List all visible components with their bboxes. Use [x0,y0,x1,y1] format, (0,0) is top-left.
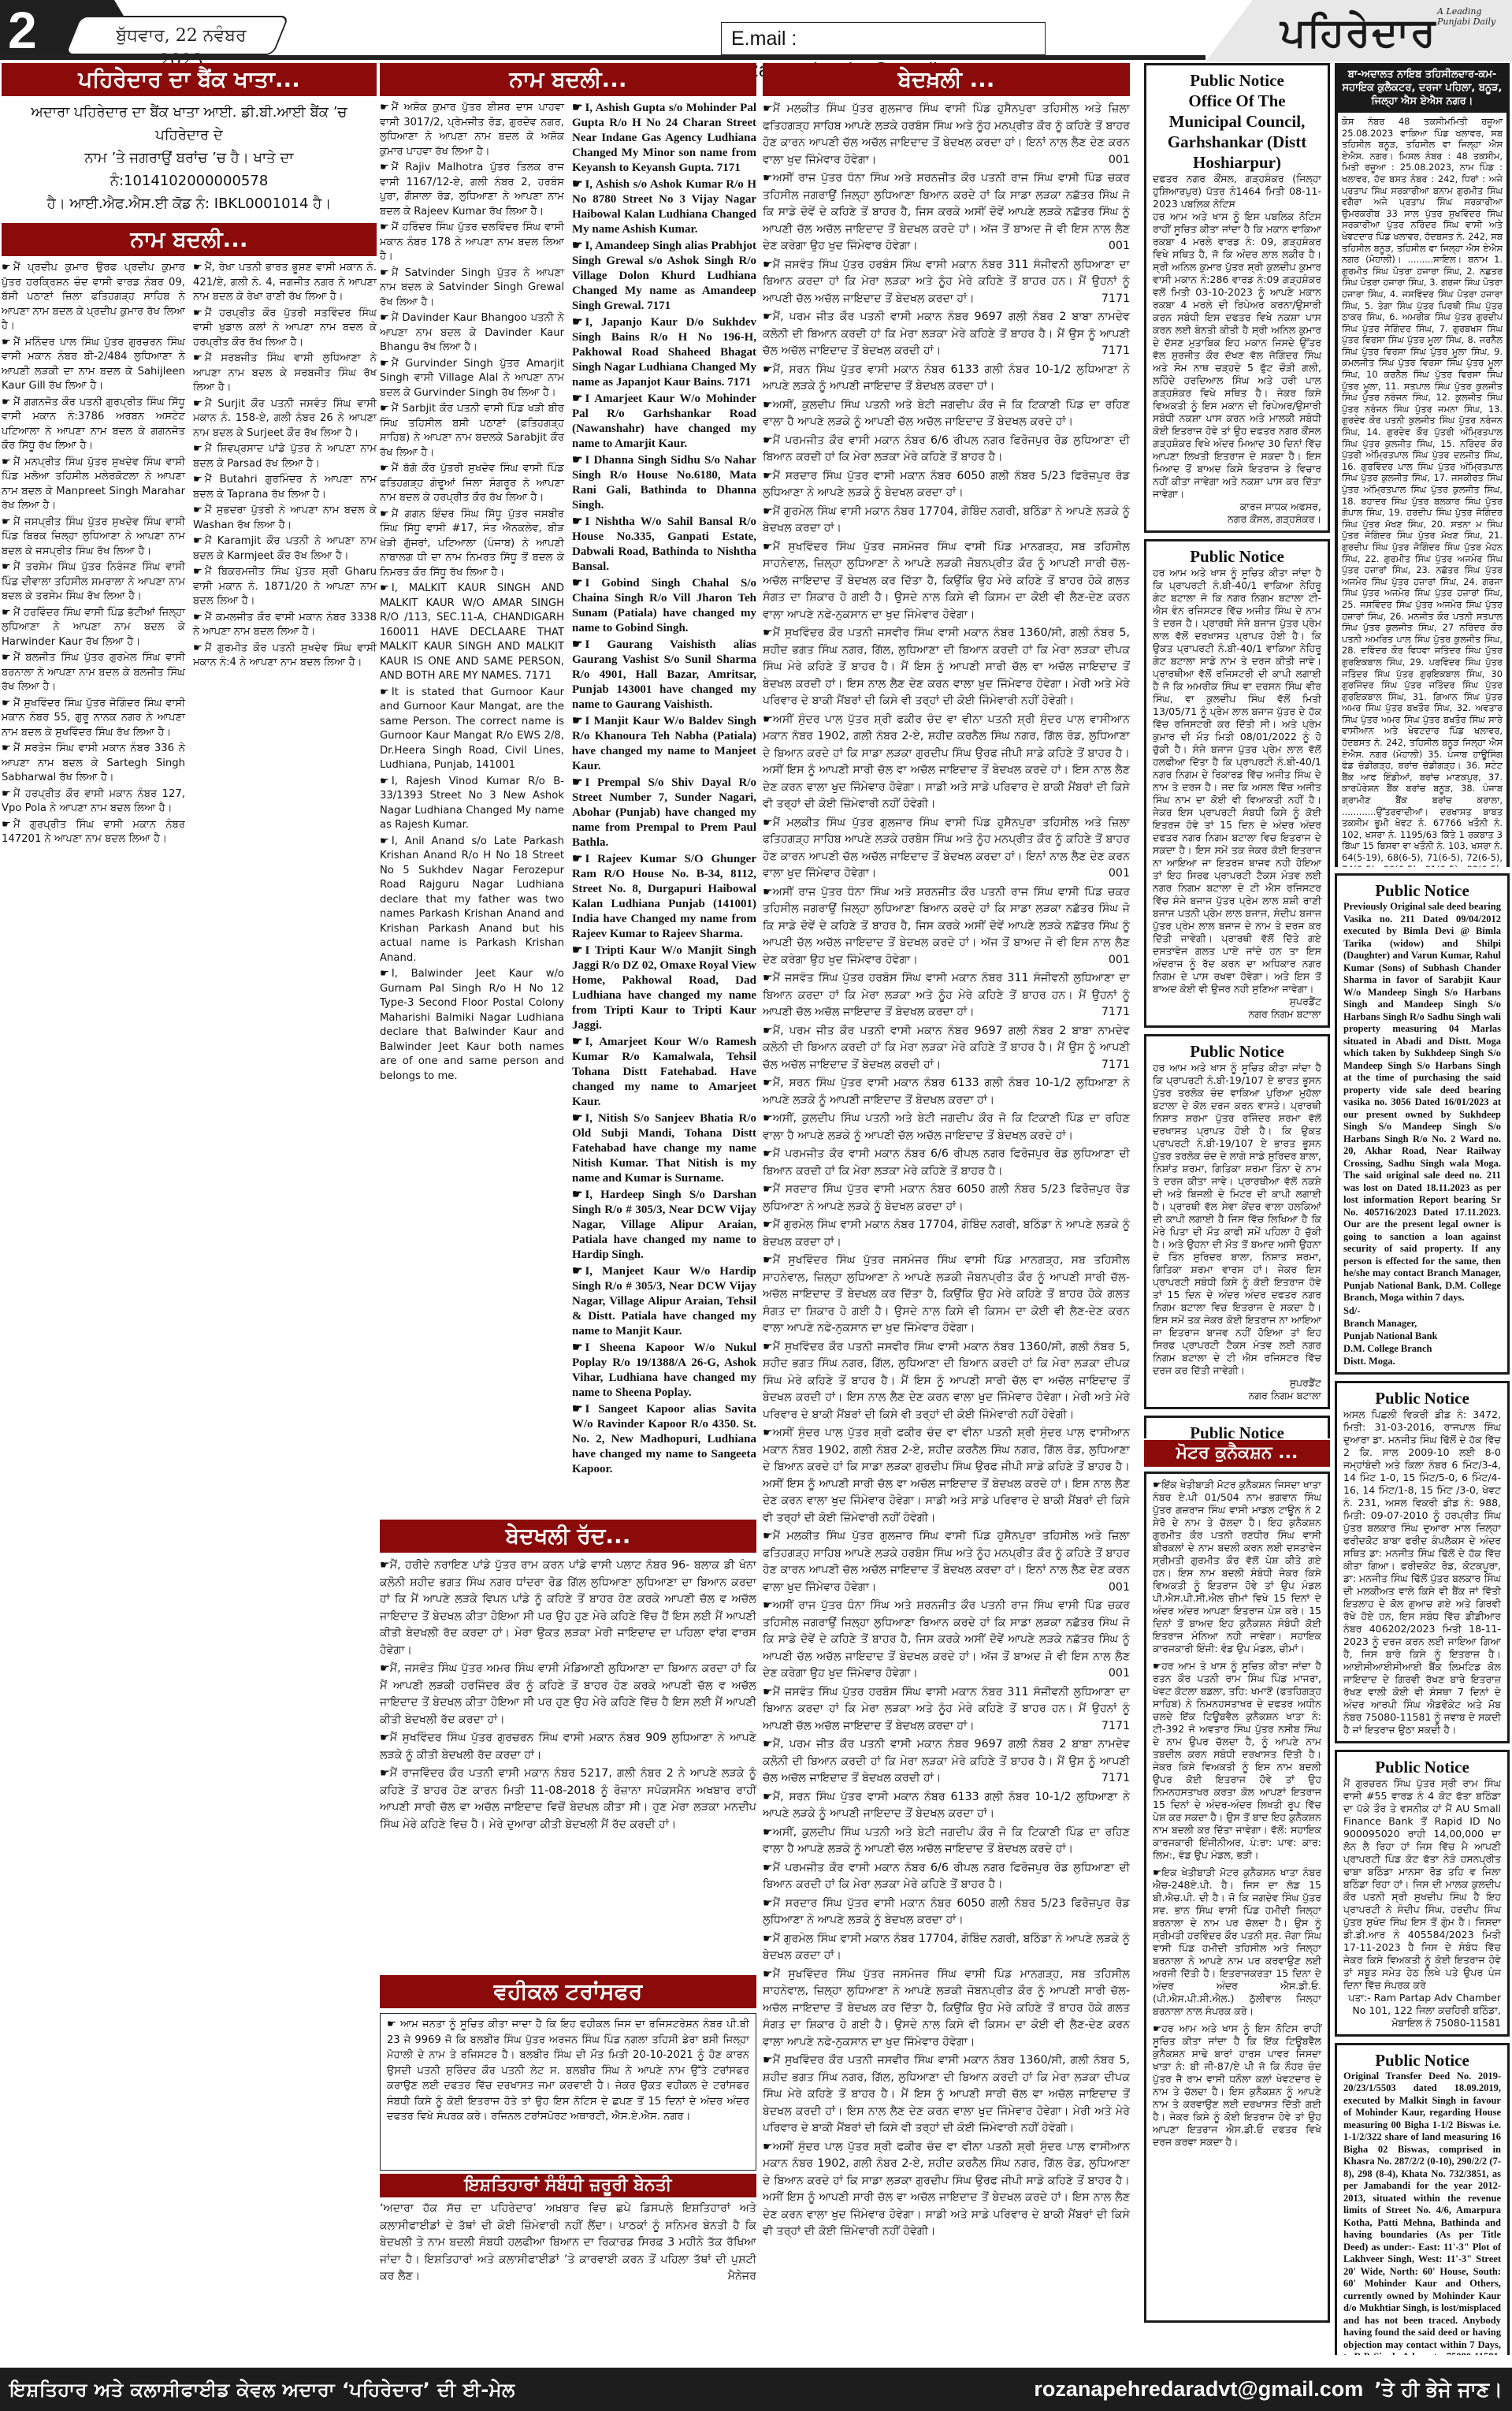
hand-pointer-icon: ☛ [763,505,773,518]
ad-code: 001 [1109,152,1130,169]
public-notice-box: Public NoticePreviously Original sale de… [1335,873,1510,1375]
notice-body: Previously Original sale deed bearing Va… [1343,901,1501,1304]
disinherit-item: ☛ਮੈਂ ਜਸਵੰਤ ਸਿੰਘ ਪੁੱਤਰ ਹਰਬੰਸ ਸਿੰਘ ਵਾਸੀ ਮਕ… [763,1684,1130,1736]
hand-pointer-icon: ☛ [572,1341,582,1354]
notice-body: ਹਰ ਆਮ ਅਤੇ ਖਾਸ ਨੂੰ ਇਸ ਪਬਲਿਕ ਨੋਟਿਸ ਰਾਹੀਂ ਸ… [1153,210,1321,500]
hand-pointer-icon: ☛ [2,396,11,408]
disinherit-item: ☛ਅਸੀਂ, ਕੁਲਦੀਪ ਸਿੰਘ ਪਤਨੀ ਅਤੇ ਬੇਟੀ ਜਗਦੀਪ ਕ… [763,1111,1130,1144]
list-item-text: I Nishtha W/o Sahil Bansal R/o House No.… [572,515,756,573]
list-item-text: ਮੈਂ Karamjit ਕੌਰ ਪਤਨੀ ਨੇ ਆਪਣਾ ਨਾਮ ਬਦਲ ਕੇ… [193,535,377,562]
list-item-text: ਮੈਂ ਬੱਗੋ ਕੌਰ ਪੁੱਤਰੀ ਸੁਖਦੇਵ ਸਿੰਘ ਵਾਸੀ ਪਿੰ… [380,463,564,504]
ad-code: 7171 [1101,1057,1130,1074]
disinherit-item: ☛ਮੈਂ ਜਸਵੰਤ ਸਿੰਘ ਪੁੱਤਰ ਹਰਬੰਸ ਸਿੰਘ ਵਾਸੀ ਮਕ… [763,257,1130,308]
name-change-listing-2: ☛ਮੈਂ ਅਸ਼ੋਕ ਕੁਮਾਰ ਪੁੱਤਰ ਈਸ਼ਰ ਦਾਸ ਪਾਹਵਾ ਵਾ… [380,101,756,1520]
hand-pointer-icon: ☛ [380,508,389,520]
court-notice-heading: ਬਾ-ਅਦਾਲਤ ਨਾਇਬ ਤਹਿਸੀਲਦਾਰ-ਕਮ-ਸਹਾਇਕ ਕੁਲੈਕਟਰ… [1338,66,1506,113]
list-item: ☛ਮੈਂ ਅਸ਼ੋਕ ਕੁਮਾਰ ਪੁੱਤਰ ਈਸ਼ਰ ਦਾਸ ਪਾਹਵਾ ਵਾ… [380,101,564,159]
hand-pointer-icon: ☛ [763,1686,773,1698]
list-item: ☛ਮੈਂ ਗਗਨਜੋਤ ਕੌਰ ਪਤਨੀ ਗੁਰਪ੍ਰੀਤ ਸਿੰਘ ਸਿੱਧੂ… [2,396,185,454]
disinherit-item: ☛ਅਸੀਂ ਸੁੰਦਰ ਪਾਲ ਪੁੱਤਰ ਸ਼੍ਰੀ ਫਕੀਰ ਚੰਦ ਵਾ … [763,1425,1130,1527]
hand-pointer-icon: ☛ [763,102,773,115]
list-item-text: I, Nitish S/o Sanjeev Bhatia R/o Old Sub… [572,1112,756,1185]
list-item: ☛ਮੈਂ Davinder Kaur Bhangoo ਪਤਨੀ ਨੇ ਆਪਣਾ … [380,311,564,355]
hand-pointer-icon: ☛ [193,262,202,273]
list-item: ☛I Dhanna Singh Sidhu S/o Nahar Singh R/… [572,453,756,513]
hand-pointer-icon: ☛ [763,1897,773,1910]
disinherit-item: ☛ਮੈਂ ਸੁਖਵਿੰਦਰ ਸਿੰਘ ਪੁੱਤਰ ਜਸਮੰਜਰ ਸਿੰਘ ਵਾਸ… [763,539,1130,624]
ad-code: 7171 [1101,1004,1130,1021]
hand-pointer-icon: ☛ [763,1791,773,1803]
disinherit-text: ਮੈਂ ਸੁਖਵਿੰਦਰ ਸਿੰਘ ਪੁੱਤਰ ਜਸਮੰਜਰ ਸਿੰਘ ਵਾਸੀ… [763,541,1130,621]
hand-pointer-icon: ☛ [572,577,582,590]
list-item: ☛ਮੈਂ ਬੱਗੋ ਕੌਰ ਪੁੱਤਰੀ ਸੁਖਦੇਵ ਸਿੰਘ ਵਾਸੀ ਪਿ… [380,462,564,506]
list-item-text: I Tripti Kaur W/o Manjit Singh Jaggi R/o… [572,944,756,1032]
contact-email[interactable]: E.mail : rozanapehredar@gmail.com [721,22,1046,55]
disinherit-item: ☛ਅਸੀਂ ਸੁੰਦਰ ਪਾਲ ਪੁੱਤਰ ਸ਼੍ਰੀ ਫਕੀਰ ਚੰਦ ਵਾ … [763,2139,1130,2241]
list-item: ☛ਮੈਂ Sarbjit ਕੌਰ ਪਤਨੀ ਵਾਸੀ ਪਿੰਡ ਖੜੀ ਬੀਰ … [380,402,564,460]
bank-line-3: ਹੈ। ਆਈ.ਐਫ.ਐਸ.ਈ ਕੋਡ ਨੰ: IBKL0001014 ਹੈ। [5,192,373,215]
hand-pointer-icon: ☛ [380,1662,390,1675]
disinherit-text: ਮੈਂ ਸਰਦਾਰ ਸਿੰਘ ਪੁੱਤਰ ਵਾਸੀ ਮਕਾਨ ਨੰਬਰ 6050… [763,1183,1130,1213]
court-notice: ਬਾ-ਅਦਾਲਤ ਨਾਇਬ ਤਹਿਸੀਲਦਾਰ-ਕਮ-ਸਹਾਇਕ ਕੁਲੈਕਟਰ… [1335,63,1510,867]
ad-code: 001 [1109,1665,1130,1683]
hand-pointer-icon: ☛ [380,162,389,173]
disinherit-text: ਮੈਂ, ਸਰਨ ਸਿੰਘ ਪੁੱਤਰ ਵਾਸੀ ਮਕਾਨ ਨੰਬਰ 6133 … [763,363,1130,393]
motor-connection-heading: ਮੋਟਰ ਕੁਨੈਕਸ਼ਨ ... [1144,1440,1330,1467]
disinherit-item: ☛ਮੈਂ ਸਰਦਾਰ ਸਿੰਘ ਪੁੱਤਰ ਵਾਸੀ ਮਕਾਨ ਨੰਬਰ 605… [763,1181,1130,1215]
disinherit-item: ☛ਮੈਂ ਪਰਮਜੀਤ ਕੌਰ ਵਾਸੀ ਮਕਾਨ ਨੰਬਰ 6/6 ਰੀਪਲ … [763,433,1130,467]
disinherit-text: ਮੈਂ ਗੁਰਮੇਲ ਸਿੰਘ ਵਾਸੀ ਮਕਾਨ ਨੰਬਰ 17704, ਗੋ… [763,505,1130,535]
public-notice-box: Public Notice Office Of The Municipal Co… [1144,63,1330,533]
vehicle-transfer-notice: ☛ ਆਮ ਜਨਤਾ ਨੂੰ ਸੂਚਿਤ ਕੀਤਾ ਜਾਦਾ ਹੈ ਕਿ ਇਹ ਵ… [380,2013,756,2171]
public-notice-box: Public NoticeOriginal Transfer Deed No. … [1335,2043,1510,2356]
hand-pointer-icon: ☛ [380,463,389,474]
disinherit-item: ☛ਮੈਂ, ਪਰਮ ਜੀਤ ਕੌਰ ਪਤਨੀ ਵਾਸੀ ਮਕਾਨ ਨੰਬਰ 96… [763,1736,1130,1788]
hand-pointer-icon: ☛ [572,944,582,957]
list-item: ☛ਮੈਂ Butahri ਗੁਰਮਿੰਦਰ ਨੇ ਆਪਣਾ ਨਾਮ ਬਦਲ ਕੇ… [193,473,377,502]
hand-pointer-icon: ☛ [763,1077,773,1089]
hand-pointer-icon: ☛ [387,2018,400,2030]
list-item-text: I, Hardeep Singh S/o Darshan Singh R/o #… [572,1189,756,1261]
list-item-text: ਮੈਂ ਸੁਖਵਿੰਦਰ ਸਿੰਘ ਪੁੱਤਰ ਗੁਰਚਰਨ ਸਿੰਘ ਵਾਸੀ… [380,1732,756,1762]
list-item: ☛I, Nitish S/o Sanjeev Bhatia R/o Old Su… [572,1111,756,1186]
hand-pointer-icon: ☛ [572,1403,582,1416]
hand-pointer-icon: ☛ [2,742,11,754]
list-item-text: ਮੈਂ Davinder Kaur Bhangoo ਪਤਨੀ ਨੇ ਆਪਣਾ ਨ… [380,312,564,353]
hand-pointer-icon: ☛ [2,652,11,664]
disinherit-text: ਮੈਂ ਪਰਮਜੀਤ ਕੌਰ ਵਾਸੀ ਮਕਾਨ ਨੰਬਰ 6/6 ਰੀਪਲ ਨ… [763,434,1130,464]
disinherit-heading: ਬੇਦਖ਼ਲੀ ... [763,63,1130,96]
disinherit-text: ਮੈਂ ਸੁਖਵਿੰਦਰ ਕੌਰ ਪਤਨੀ ਜਸਵੀਰ ਸਿੰਘ ਵਾਸੀ ਮਕ… [763,1341,1130,1421]
disinherit-item: ☛ਮੈਂ ਸੁਖਵਿੰਦਰ ਸਿੰਘ ਪੁੱਤਰ ਜਸਮੰਜਰ ਸਿੰਘ ਵਾਸ… [763,1966,1130,2052]
notice-title: Public Notice [1343,1757,1501,1777]
list-item: ☛I, Ashish Gupta s/o Mohinder Pal Gupta … [572,101,756,176]
list-item: ☛I, Amandeep Singh alias Prabhjot Singh … [572,239,756,314]
notice-signature: Sd/- Branch Manager, Punjab National Ban… [1343,1304,1501,1367]
list-item: ☛ਮੈਂ ਬਿਕਰਮਜੀਤ ਸਿੰਘ ਪੁੱਤਰ ਸ਼੍ਰੀ Gharu ਵਾਸ… [193,565,377,609]
list-item: ☛ਮੈਂ ਗਗਨ ਇੰਦਰ ਸਿੰਘ ਸਿੱਧੂ ਪੁੱਤਰ ਜਸਬੀਰ ਸਿੰ… [380,508,564,581]
list-item: ☛ਮੈਂ ਸਰਤੇਜ ਸਿੰਘ ਵਾਸੀ ਮਕਾਨ ਨੰਬਰ 336 ਨੇ ਆਪ… [2,742,185,786]
hand-pointer-icon: ☛ [763,541,773,553]
list-item-text: ਮੈਂ ਸਰਤੇਜ ਸਿੰਘ ਵਾਸੀ ਮਕਾਨ ਨੰਬਰ 336 ਨੇ ਆਪਣ… [2,742,185,783]
footer-email-line: rozanapehredaradvt@gmail.com’ਤੇ ਹੀ ਭੇਜੇ … [1034,2377,1503,2402]
list-item-text: ਹਰ ਆਮ ਅਤੇ ਖਾਸ ਨੂੰ ਇਸ ਨੋਟਿਸ ਰਾਹੀਂ ਸੂਚਿਤ ਕ… [1153,2022,1321,2148]
disinherit-item: ☛ਮੈਂ ਮਲਕੀਤ ਸਿੰਘ ਪੁੱਤਰ ਗੁਲਜਾਰ ਸਿੰਘ ਵਾਸੀ ਪ… [763,815,1130,883]
list-item-text: I Amarjeet Kaur W/o Mohinder Pal R/o Gar… [572,393,756,450]
disinherit-text: ਮੈਂ, ਸਰਨ ਸਿੰਘ ਪੁੱਤਰ ਵਾਸੀ ਮਕਾਨ ਨੰਬਰ 6133 … [763,1791,1130,1821]
disinherit-text: ਮੈਂ ਜਸਵੰਤ ਸਿੰਘ ਪੁੱਤਰ ਹਰਬੰਸ ਸਿੰਘ ਵਾਸੀ ਮਕਾ… [763,259,1130,305]
hand-pointer-icon: ☛ [2,262,11,273]
list-item: ☛ਇਕ ਖੇਤੀਬਾੜੀ ਮੋਟਰ ਕੁਨੈਕਸਨ ਖਾਤਾ ਨੰਬਰ ਐਚ-2… [1153,1866,1321,2018]
list-item: ☛I, Balwinder Jeet Kaur w/o Gurnam Pal S… [380,967,564,1084]
hand-pointer-icon: ☛ [572,316,582,329]
disinherit-item: ☛ਮੈਂ ਪਰਮਜੀਤ ਕੌਰ ਵਾਸੀ ਮਕਾਨ ਨੰਬਰ 6/6 ਰੀਪਲ … [763,1146,1130,1180]
hand-pointer-icon: ☛ [763,311,773,323]
disinherit-text: ਅਸੀਂ ਰਾਜ ਪੁੱਤਰ ਧੰਨਾ ਸਿੰਘ ਅਤੇ ਸ਼ਰਨਜੀਤ ਕੌਰ… [763,1599,1130,1680]
public-notices-stack-b: Public NoticePreviously Original sale de… [1335,873,1510,2355]
list-item-text: ਮੈਂ Rajiv Malhotra ਪੁੱਤਰ ਤਿਲਕ ਰਾਜ ਵਾਸੀ 1… [380,162,564,218]
hand-pointer-icon: ☛ [380,686,389,698]
name-change-listing: ☛ਮੈਂ ਪ੍ਰਦੀਪ ਕੁਮਾਰ ਉਰਫ ਪ੍ਰਦੀਪ ਕੁਮਾਰ ਪੁੱਤਰ… [2,261,377,849]
list-item: ☛ਹਰ ਆਮ ਅਤੇ ਖਾਸ ਨੂੰ ਇਸ ਨੋਟਿਸ ਰਾਹੀਂ ਸੂਚਿਤ … [1153,2022,1321,2149]
hand-pointer-icon: ☛ [380,312,389,324]
disinherit-text: ਮੈਂ ਗੁਰਮੇਲ ਸਿੰਘ ਵਾਸੀ ਮਕਾਨ ਨੰਬਰ 17704, ਗੋ… [763,1219,1130,1248]
vehicle-transfer-heading: ਵਹੀਕਲ ਟਰਾਂਸਫਰ [380,1975,756,2008]
name-change-subcolumn-a: ☛ਮੈਂ ਪ੍ਰਦੀਪ ਕੁਮਾਰ ਉਰਫ ਪ੍ਰਦੀਪ ਕੁਮਾਰ ਪੁੱਤਰ… [2,261,185,849]
hand-pointer-icon: ☛ [572,715,582,727]
list-item: ☛ਮੈਂ ਰਾਜਵਿੰਦਰ ਕੌਰ ਪਤਨੀ ਵਾਸੀ ਮਕਾਨ ਨੰਬਰ 52… [380,1765,756,1833]
list-item-text: ਮੈਂ ਕਮਲਜੀਤ ਕੌਰ ਵਾਸੀ ਮਕਾਨ ਨੰਬਰ 3338 ਨੇ ਆਪ… [193,612,377,638]
list-item-text: It is stated that Gurnoor Kaur and Gurno… [380,686,564,772]
hand-pointer-icon: ☛ [380,968,389,980]
disinherit-item: ☛ਅਸੀਂ ਰਾਜ ਪੁੱਤਰ ਧੰਨਾ ਸਿੰਘ ਅਤੇ ਸ਼ਰਨਜੀਤ ਕੌ… [763,1598,1130,1683]
notice-body: ਮੈਂ ਗੁਰਚਰਨ ਸਿੰਘ ਪੁੱਤਰ ਸ੍ਰੀ ਰਾਮ ਸਿੰਘ ਵਾਸੀ… [1343,1777,1501,1992]
list-item-text: ਮੈਂ ਸ਼ਿਵਪ੍ਰਸਾਦ ਪਾਂਡੇ ਪੁੱਤਰ ਨੇ ਆਪਣਾ ਨਾਮ ਬ… [193,443,377,470]
disinherit-text: ਅਸੀਂ ਸੁੰਦਰ ਪਾਲ ਪੁੱਤਰ ਸ਼੍ਰੀ ਫਕੀਰ ਚੰਦ ਵਾ ਵ… [763,2141,1130,2238]
hand-pointer-icon: ☛ [763,1025,773,1037]
list-item: ☛ਮੈਂ ਪ੍ਰਦੀਪ ਕੁਮਾਰ ਉਰਫ ਪ੍ਰਦੀਪ ਕੁਮਾਰ ਪੁੱਤਰ… [2,261,185,334]
hand-pointer-icon: ☛ [380,221,389,233]
list-item-text: ਮੈਂ ਗੁਰਮੀਤ ਕੌਰ ਪਤਨੀ ਸੁਖਦੇਵ ਸਿੰਘ ਵਾਸੀ ਮਕਾ… [193,642,377,669]
hand-pointer-icon: ☛ [763,172,773,184]
notice-body: ਹਰ ਆਮ ਅਤੇ ਖਾਸ ਨੂੰ ਸੂਚਿਤ ਕੀਤਾ ਜਾਂਦਾ ਹੈ ਕਿ… [1153,1062,1321,1377]
notice-signature: ਪਤਾ:- Ram Partap Adv Chamber No 101, 122… [1343,1992,1501,2030]
ad-code: 001 [1109,865,1130,883]
bank-line-1: ਅਦਾਰਾ ਪਹਿਰੇਦਾਰ ਦਾ ਬੈਂਕ ਖਾਤਾ ਆਈ. ਡੀ.ਬੀ.ਆਈ… [5,101,373,147]
list-item-text: I Manjit Kaur W/o Baldev Singh R/o Khano… [572,715,756,772]
disinherit-item: ☛ਮੈਂ ਗੁਰਮੇਲ ਸਿੰਘ ਵਾਸੀ ਮਕਾਨ ਨੰਬਰ 17704, ਗ… [763,1931,1130,1965]
motor-connection-box: ☛ਇੱਕ ਖੇਤੀਬਾੜੀ ਮੋਟਰ ਕੁਨੈਕਸ਼ਨ ਜਿਸਦਾ ਖਾਤਾ ਨ… [1144,1472,1330,2323]
hand-pointer-icon: ☛ [193,535,202,547]
hand-pointer-icon: ☛ [572,776,582,789]
list-item: ☛I Rajeev Kumar S/O Ghunger Ram R/O Hous… [572,852,756,942]
hand-pointer-icon: ☛ [763,1933,773,1945]
ad-request-signature: ਮੈਨੇਜਰ [728,2268,756,2286]
disinherit-item: ☛ਮੈਂ ਪਰਮਜੀਤ ਕੌਰ ਵਾਸੀ ਮਕਾਨ ਨੰਬਰ 6/6 ਰੀਪਲ … [763,1860,1130,1894]
hand-pointer-icon: ☛ [763,627,773,639]
list-item-text: I Dhanna Singh Sidhu S/o Nahar Singh R/o… [572,454,756,512]
hand-pointer-icon: ☛ [193,398,202,410]
hand-pointer-icon: ☛ [572,178,582,191]
hand-pointer-icon: ☛ [2,607,11,619]
list-item-text: I, Anil Anand s/o Late Parkash Krishan A… [380,835,564,964]
notice-reference: ਦਫਤਰ ਨਗਰ ਕੌਂਸਲ, ਗੜ੍ਹਸ਼ੰਕਰ (ਜਿਲ੍ਹਾ ਹੁਸ਼ਿਆ… [1153,173,1321,210]
notice-title: Public Notice Office Of The Municipal Co… [1153,70,1321,173]
disinherit-text: ਮੈਂ ਪਰਮਜੀਤ ਕੌਰ ਵਾਸੀ ਮਕਾਨ ਨੰਬਰ 6/6 ਰੀਪਲ ਨ… [763,1148,1130,1178]
hand-pointer-icon: ☛ [2,337,11,348]
newspaper-logo: ਪਹਿਰੇਦਾਰ [1280,6,1436,58]
hand-pointer-icon: ☛ [763,1862,773,1874]
hand-pointer-icon: ☛ [380,1559,390,1572]
notice-body: ਅਸਲ ਪਿਛਲੀ ਵਿਕਰੀ ਡੀਡ ਨੰ: 3472, ਮਿਤੀ: 31-0… [1343,1408,1501,1736]
column-public-notices-b: ਬਾ-ਅਦਾਲਤ ਨਾਇਬ ਤਹਿਸੀਲਦਾਰ-ਕਮ-ਸਹਾਇਕ ਕੁਲੈਕਟਰ… [1335,63,1510,2355]
list-item: ☛ਮੈਂ Rajiv Malhotra ਪੁੱਤਰ ਤਿਲਕ ਰਾਜ ਵਾਸੀ … [380,161,564,219]
hand-pointer-icon: ☛ [2,819,11,831]
hand-pointer-icon: ☛ [763,1530,773,1542]
list-item: ☛ਮੈਂ ਮਨਪ੍ਰੀਤ ਸਿੰਘ ਪੁੱਤਰ ਸੁਖਦੇਵ ਸਿੰਘ ਵਾਸੀ… [2,456,185,514]
list-item-text: ਮੈਂ ਮਨਪ੍ਰੀਤ ਸਿੰਘ ਪੁੱਤਰ ਸੁਖਦੇਵ ਸਿੰਘ ਵਾਸੀ … [2,456,185,512]
hand-pointer-icon: ☛ [2,561,11,573]
hand-pointer-icon: ☛ [763,1219,773,1231]
disinherit-text: ਅਸੀਂ ਸੁੰਦਰ ਪਾਲ ਪੁੱਤਰ ਸ਼੍ਰੀ ਫਕੀਰ ਚੰਦ ਵਾ ਵ… [763,1427,1130,1524]
disinherit-item: ☛ਮੈਂ ਸੁਖਵਿੰਦਰ ਸਿੰਘ ਪੁੱਤਰ ਜਸਮੰਜਰ ਸਿੰਘ ਵਾਸ… [763,1252,1130,1338]
list-item-text: I, MALKIT KAUR SINGH AND MALKIT KAUR W/O… [380,582,564,682]
list-item-text: ਮੈਂ ਸੁਖਵਿੰਦਰ ਸਿੰਘ ਪੁੱਤਰ ਜੋਗਿੰਦਰ ਸਿੰਘ ਵਾਸ… [2,698,185,739]
public-notice-box: Public Noticeਹਰ ਆਮ ਅਤੇ ਖਾਸ ਨੂੰ ਸੂਚਿਤ ਕੀਤ… [1144,539,1330,1028]
list-item-text: ਮੈਂ ਰਾਜਵਿੰਦਰ ਕੌਰ ਪਤਨੀ ਵਾਸੀ ਮਕਾਨ ਨੰਬਰ 521… [380,1767,756,1831]
hand-pointer-icon: ☛ [763,817,773,829]
list-item-text: ਮੈਂ ਬਲਜੀਤ ਸਿੰਘ ਪੁੱਤਰ ਗੁਰਮੇਲ ਸਿੰਘ ਵਾਸੀ ਬਰ… [2,652,185,693]
disinherit-item: ☛ਮੈਂ ਗੁਰਮੇਲ ਸਿੰਘ ਵਾਸੀ ਮਕਾਨ ਨੰਬਰ 17704, ਗ… [763,1217,1130,1251]
ad-code: 7171 [1101,343,1130,360]
ad-code: 001 [1109,238,1130,255]
disinherit-text: ਅਸੀਂ ਰਾਜ ਪੁੱਤਰ ਧੰਨਾ ਸਿੰਘ ਅਤੇ ਸ਼ਰਨਜੀਤ ਕੌਰ… [763,886,1130,966]
disinherit-text: ਮੈਂ ਮਲਕੀਤ ਸਿੰਘ ਪੁੱਤਰ ਗੁਲਜਾਰ ਸਿੰਘ ਵਾਸੀ ਪਿ… [763,1530,1130,1594]
disinherit-item: ☛ਮੈਂ, ਪਰਮ ਜੀਤ ਕੌਰ ਪਤਨੀ ਵਾਸੀ ਮਕਾਨ ਨੰਬਰ 96… [763,1023,1130,1074]
list-item: ☛I Tripti Kaur W/o Manjit Singh Jaggi R/… [572,943,756,1033]
hand-pointer-icon: ☛ [763,434,773,447]
hand-pointer-icon: ☛ [763,972,773,984]
list-item-text: ਮੈਂ Butahri ਗੁਰਮਿੰਦਰ ਨੇ ਆਪਣਾ ਨਾਮ ਬਦਲ ਕੇ … [193,474,377,500]
hand-pointer-icon: ☛ [1153,2022,1161,2034]
disinherit-item: ☛ਮੈਂ ਸਰਦਾਰ ਸਿੰਘ ਪੁੱਤਰ ਵਾਸੀ ਮਕਾਨ ਨੰਬਰ 605… [763,1896,1130,1929]
list-item: ☛I Sangeet Kapoor alias Savita W/o Ravin… [572,1402,756,1477]
list-item-text: ਮੈਂ ਗੁਰਪ੍ਰੀਤ ਸਿੰਘ ਵਾਸੀ ਮਕਾਨ ਨੰਬਰ 147201 … [2,819,185,846]
list-item-text: I, Ashish Gupta s/o Mohinder Pal Gupta R… [572,102,756,174]
hand-pointer-icon: ☛ [763,1826,773,1839]
hand-pointer-icon: ☛ [763,713,773,726]
hand-pointer-icon: ☛ [763,2054,773,2067]
list-item: ☛ਮੈਂ Gurvinder Singh ਪੁੱਤਰ Amarjit Singh… [380,357,564,401]
masthead-rule [0,55,1206,60]
disinherit-text: ਅਸੀਂ ਰਾਜ ਪੁੱਤਰ ਧੰਨਾ ਸਿੰਘ ਅਤੇ ਸ਼ਰਨਜੀਤ ਕੌਰ… [763,172,1130,252]
list-item: ☛I Nishtha W/o Sahil Bansal R/o House No… [572,515,756,575]
hand-pointer-icon: ☛ [380,358,389,370]
hand-pointer-icon: ☛ [763,1254,773,1267]
list-item: ☛ਮੈਂ ਬਲਜੀਤ ਸਿੰਘ ਪੁੱਤਰ ਗੁਰਮੇਲ ਸਿੰਘ ਵਾਸੀ ਬ… [2,651,185,695]
hand-pointer-icon: ☛ [2,456,11,468]
list-item: ☛ਮੈਂ ਹਰਪ੍ਰੀਤ ਕੌਰ ਵਾਸੀ ਮਕਾਨ ਨੰਬਰ 127, Vpo… [2,787,185,817]
disinherit-text: ਅਸੀਂ ਸੁੰਦਰ ਪਾਲ ਪੁੱਤਰ ਸ਼੍ਰੀ ਫਕੀਰ ਚੰਦ ਵਾ ਵ… [763,713,1130,811]
list-item: ☛I, Japanjo Kaur D/o Sukhdev Singh Bains… [572,315,756,390]
disinherit-text: ਮੈਂ ਜਸਵੰਤ ਸਿੰਘ ਪੁੱਤਰ ਹਰਬੰਸ ਸਿੰਘ ਵਾਸੀ ਮਕਾ… [763,1686,1130,1732]
list-item: ☛I, Anil Anand s/o Late Parkash Krishan … [380,835,564,966]
bank-account-heading: ਪਹਿਰੇਦਾਰ ਦਾ ਬੈਂਕ ਖਾਤਾ... [2,63,377,96]
logo-tagline: A Leading Punjabi Daily [1437,6,1512,27]
list-item: ☛ਮੈਂ ਜਸਪ੍ਰੀਤ ਸਿੰਘ ਪੁੱਤਰ ਸੁਖਦੇਵ ਸਿੰਘ ਵਾਸੀ… [2,515,185,560]
list-item-text: ਇੱਕ ਖੇਤੀਬਾੜੀ ਮੋਟਰ ਕੁਨੈਕਸ਼ਨ ਜਿਸਦਾ ਖਾਤਾ ਨੰ… [1153,1479,1321,1654]
list-item-text: I, Ashish s/o Ashok Kumar R/o H No 8780 … [572,178,756,236]
list-item-text: I, Rajesh Vinod Kumar R/o B-33/1393 Stre… [380,776,564,832]
disinherit-item: ☛ਮੈਂ ਸੁਖਵਿੰਦਰ ਕੌਰ ਪਤਨੀ ਜਸਵੀਰ ਸਿੰਘ ਵਾਸੀ ਮ… [763,1339,1130,1424]
hand-pointer-icon: ☛ [380,835,389,847]
hand-pointer-icon: ☛ [572,515,582,528]
hand-pointer-icon: ☛ [763,2141,773,2153]
column-public-notices-a: Public Notice Office Of The Municipal Co… [1144,63,1330,2329]
disinherit-text: ਮੈਂ ਸੁਖਵਿੰਦਰ ਸਿੰਘ ਪੁੱਤਰ ਜਸਮੰਜਰ ਸਿੰਘ ਵਾਸੀ… [763,1254,1130,1334]
disinherit-item: ☛ਅਸੀਂ ਸੁੰਦਰ ਪਾਲ ਪੁੱਤਰ ਸ਼੍ਰੀ ਫਕੀਰ ਚੰਦ ਵਾ … [763,712,1130,813]
disinherit-text: ਮੈਂ ਸਰਦਾਰ ਸਿੰਘ ਪੁੱਤਰ ਵਾਸੀ ਮਕਾਨ ਨੰਬਰ 6050… [763,1897,1130,1927]
list-item-text: ਮੈਂ Gurvinder Singh ਪੁੱਤਰ Amarjit Singh … [380,358,564,399]
hand-pointer-icon: ☛ [572,853,582,865]
list-item: ☛ਹਰ ਆਮ ਤੇ ਖਾਸ ਨੂੰ ਸੂਚਿਤ ਕੀਤਾ ਜਾਂਦਾ ਹੈ ਰਤ… [1153,1660,1321,1862]
disinherit-text: ਅਸੀਂ, ਕੁਲਦੀਪ ਸਿੰਘ ਪਤਨੀ ਅਤੇ ਬੇਟੀ ਜਗਦੀਪ ਕੌ… [763,1112,1130,1142]
list-item-text: ਮੈਂ ਬਿਕਰਮਜੀਤ ਸਿੰਘ ਪੁੱਤਰ ਸ਼੍ਰੀ Gharu ਵਾਸੀ… [193,566,377,607]
notice-body: ਹਰ ਆਮ ਅਤੇ ਖਾਸ ਨੂੰ ਸੂਚਿਤ ਕੀਤਾ ਜਾਂਦਾ ਹੈ ਕਿ… [1153,567,1321,995]
list-item-text: ਮੈਂ ਮਨਿੰਦਰ ਪਾਲ ਸਿੰਘ ਪੁੱਤਰ ਗੁਰਚਰਨ ਸਿੰਘ ਵਾ… [2,337,185,393]
notice-title: Public Notice [1153,546,1321,567]
list-item: ☛I Sheena Kapoor W/o Nukul Poplay R/o 19… [572,1341,756,1401]
notice-signature: ਸੁਪਰਡੈਂਟ ਨਗਰ ਨਿਗਮ ਬਟਾਲਾ [1153,995,1321,1021]
list-item-text: ਮੈਂ, ਰੇਖਾ ਪਤਨੀ ਭਾਰਤ ਭੂਸ਼ਣ ਵਾਸੀ ਮਕਾਨ ਨੰ. … [193,262,377,303]
list-item-text: ਮੈਂ ਜਸਪ੍ਰੀਤ ਸਿੰਘ ਪੁੱਤਰ ਸੁਖਦੇਵ ਸਿੰਘ ਵਾਸੀ … [2,516,185,557]
list-item: ☛I, Amarjeet Kour W/o Ramesh Kumar R/o K… [572,1035,756,1110]
notice-title: Public Notice [1153,1041,1321,1062]
ad-code: 7171 [1101,291,1130,308]
list-item-text: I Gobind Singh Chahal S/o Chaina Singh R… [572,577,756,634]
disinherit-text: ਮੈਂ ਮਲਕੀਤ ਸਿੰਘ ਪੁੱਤਰ ਗੁਲਜਾਰ ਸਿੰਘ ਵਾਸੀ ਪਿ… [763,817,1130,880]
hand-pointer-icon: ☛ [193,504,202,516]
disinherit-text: ਮੈਂ ਗੁਰਮੇਲ ਸਿੰਘ ਵਾਸੀ ਮਕਾਨ ਨੰਬਰ 17704, ਗੋ… [763,1933,1130,1963]
notice-title: Public Notice [1343,2050,1501,2071]
name-change-subcolumn-english: ☛I, Ashish Gupta s/o Mohinder Pal Gupta … [572,101,756,1520]
list-item: ☛I, Ashish s/o Ashok Kumar R/o H No 8780… [572,177,756,237]
list-item: ☛ਮੈਂ ਸ਼ਿਵਪ੍ਰਸਾਦ ਪਾਂਡੇ ਪੁੱਤਰ ਨੇ ਆਪਣਾ ਨਾਮ … [193,442,377,471]
public-notice-box: Public Noticeਮੈਂ ਗੁਰਚਰਨ ਸਿੰਘ ਪੁੱਤਰ ਸ੍ਰੀ … [1335,1750,1510,2037]
hand-pointer-icon: ☛ [763,1148,773,1160]
court-notice-text: ਕੇਸ ਨੰਬਰ 48 ਤਕਸੀਮਮਿਤੀ ਰਜੂਆ 25.08.2023 ਵਾ… [1342,116,1503,867]
hand-pointer-icon: ☛ [572,240,582,252]
disinherit-item: ☛ਮੈਂ, ਪਰਮ ਜੀਤ ਕੌਰ ਪਤਨੀ ਵਾਸੀ ਮਕਾਨ ਨੰਬਰ 96… [763,309,1130,360]
disinherit-text: ਮੈਂ ਸੁਖਵਿੰਦਰ ਕੌਰ ਪਤਨੀ ਜਸਵੀਰ ਸਿੰਘ ਵਾਸੀ ਮਕ… [763,2054,1130,2134]
hand-pointer-icon: ☛ [380,1732,390,1744]
list-item: ☛ਮੈਂ, ਹਰੀਦੇ ਨਰਾਇਣ ਪਾਂਡੇ ਪੁੱਤਰ ਰਾਮ ਕਰਨ ਪਾ… [380,1557,756,1659]
list-item: ☛ਮੈਂ ਹਰਵਿੰਦਰ ਸਿੰਘ ਵਾਸੀ ਪਿੰਡ ਭੱਟੀਆਂ ਜ਼ਿਲ੍… [2,606,185,650]
footer-email[interactable]: rozanapehredaradvt@gmail.com [1034,2377,1363,2401]
disinherit-item: ☛ਮੈਂ, ਸਰਨ ਸਿੰਘ ਪੁੱਤਰ ਵਾਸੀ ਮਕਾਨ ਨੰਬਰ 6133… [763,1075,1130,1109]
hand-pointer-icon: ☛ [380,1767,390,1780]
cancel-disinherit-listing: ☛ਮੈਂ, ਹਰੀਦੇ ਨਰਾਇਣ ਪਾਂਡੇ ਪੁੱਤਰ ਰਾਮ ਕਰਨ ਪਾ… [380,1557,756,1975]
public-notice-box: Public NoticeIt is for information of ge… [1144,1416,1330,1438]
notice-signature: ਸੁਪਰਡੈਂਟ ਨਗਰ ਨਿਗਮ ਬਟਾਲਾ [1153,1377,1321,1402]
disinherit-item: ☛ਮੈਂ ਸੁਖਵਿੰਦਰ ਕੌਰ ਪਤਨੀ ਜਸਵੀਰ ਸਿੰਘ ਵਾਸੀ ਮ… [763,2052,1130,2138]
list-item: ☛ਮੈਂ ਹਰਪ੍ਰੀਤ ਕੌਰ ਪੁੱਤਰੀ ਸਤਵਿੰਦਰ ਸਿੰਘ ਵਾਸ… [193,307,377,351]
list-item: ☛I, Rajesh Vinod Kumar R/o B-33/1393 Str… [380,775,564,833]
disinherit-item: ☛ਮੈਂ ਸਰਦਾਰ ਸਿੰਘ ਪੁੱਤਰ ਵਾਸੀ ਮਕਾਨ ਨੰਬਰ 605… [763,468,1130,502]
disinherit-listing: ☛ਮੈਂ ਮਲਕੀਤ ਸਿੰਘ ਪੁੱਤਰ ਗੁਲਜਾਰ ਸਿੰਘ ਵਾਸੀ ਪ… [763,101,1130,2363]
list-item: ☛I Prempal S/o Shiv Dayal R/o Street Num… [572,776,756,850]
hand-pointer-icon: ☛ [763,1599,773,1612]
hand-pointer-icon: ☛ [572,1112,582,1125]
list-item-text: ਮੈਂ, ਹਰੀਦੇ ਨਰਾਇਣ ਪਾਂਡੇ ਪੁੱਤਰ ਰਾਮ ਕਰਨ ਪਾਂ… [380,1559,756,1657]
list-item: ☛I, Hardeep Singh S/o Darshan Singh R/o … [572,1188,756,1263]
list-item-text: ਮੈਂ, ਜਸਵੰਤ ਸਿੰਘ ਪੁੱਤਰ ਅਮਰ ਸਿੰਘ ਵਾਸੀ ਮੰਡਿ… [380,1662,756,1726]
disinherit-item: ☛ਅਸੀਂ ਰਾਜ ਪੁੱਤਰ ਧੰਨਾ ਸਿੰਘ ਅਤੇ ਸ਼ਰਨਜੀਤ ਕੌ… [763,884,1130,969]
disinherit-text: ਮੈਂ, ਸਰਨ ਸਿੰਘ ਪੁੱਤਰ ਵਾਸੀ ਮਕਾਨ ਨੰਬਰ 6133 … [763,1077,1130,1107]
public-notice-box: Public Noticeਹਰ ਆਮ ਅਤੇ ਖਾਸ ਨੂੰ ਸੂਚਿਤ ਕੀਤ… [1144,1034,1330,1409]
list-item-text: ਮੈਂ ਹਰਪ੍ਰੀਤ ਕੌਰ ਵਾਸੀ ਮਕਾਨ ਨੰਬਰ 127, Vpo … [2,788,185,815]
disinherit-text: ਅਸੀਂ, ਕੁਲਦੀਪ ਸਿੰਘ ਪਤਨੀ ਅਤੇ ਬੇਟੀ ਜਗਦੀਪ ਕੌ… [763,1826,1130,1856]
hand-pointer-icon: ☛ [193,566,202,578]
disinherit-text: ਮੈਂ ਮਲਕੀਤ ਸਿੰਘ ਪੁੱਤਰ ਗੁਲਜਾਰ ਸਿੰਘ ਵਾਸੀ ਪਿ… [763,102,1130,166]
list-item: ☛I Gobind Singh Chahal S/o Chaina Singh … [572,576,756,636]
list-item-text: ਮੈਂ ਗਗਨ ਇੰਦਰ ਸਿੰਘ ਸਿੱਧੂ ਪੁੱਤਰ ਜਸਬੀਰ ਸਿੰਘ… [380,508,564,579]
list-item-text: ਮੈਂ ਸਰਬਜੀਤ ਸਿੰਘ ਵਾਸੀ ਲੁਧਿਆਣਾ ਨੇ ਆਪਣਾ ਨਾਮ… [193,352,377,393]
hand-pointer-icon: ☛ [572,393,582,405]
list-item: ☛ਮੈਂ ਸੁਖਵਿੰਦਰ ਸਿੰਘ ਪੁੱਤਰ ਗੁਰਚਰਨ ਸਿੰਘ ਵਾਸ… [380,1730,756,1764]
notice-title: Public Notice [1153,1423,1321,1438]
hand-pointer-icon: ☛ [763,1427,773,1439]
list-item: ☛ਮੈਂ ਸੁਭਦਰਾ ਪੁੱਤਰੀ ਨੇ ਆਪਣਾ ਨਾਮ ਬਦਲ ਕੇ Wa… [193,504,377,533]
disinherit-item: ☛ਮੈਂ, ਸਰਨ ਸਿੰਘ ਪੁੱਤਰ ਵਾਸੀ ਮਕਾਨ ਨੰਬਰ 6133… [763,362,1130,396]
list-item-text: I Gaurang Vaishisth alias Gaurang Vashis… [572,638,756,711]
hand-pointer-icon: ☛ [1153,1479,1161,1490]
list-item: ☛ਮੈਂ ਕਮਲਜੀਤ ਕੌਰ ਵਾਸੀ ਮਕਾਨ ਨੰਬਰ 3338 ਨੇ ਆ… [193,611,377,640]
hand-pointer-icon: ☛ [193,612,202,623]
list-item: ☛ਮੈਂ, ਜਸਵੰਤ ਸਿੰਘ ਪੁੱਤਰ ਅਮਰ ਸਿੰਘ ਵਾਸੀ ਮੰਡ… [380,1661,756,1728]
disinherit-item: ☛ਮੈਂ ਮਲਕੀਤ ਸਿੰਘ ਪੁੱਤਰ ਗੁਲਜਾਰ ਸਿੰਘ ਵਾਸੀ ਪ… [763,101,1130,169]
list-item-text: ਮੈਂ ਹਰਪ੍ਰੀਤ ਕੌਰ ਪੁੱਤਰੀ ਸਤਵਿੰਦਰ ਸਿੰਘ ਵਾਸੀ… [193,307,377,348]
hand-pointer-icon: ☛ [193,642,202,654]
notice-body: Original Transfer Deed No. 2019-20/23/1/… [1343,2071,1501,2356]
disinherit-item: ☛ਮੈਂ ਮਲਕੀਤ ਸਿੰਘ ਪੁੱਤਰ ਗੁਲਜਾਰ ਸਿੰਘ ਵਾਸੀ ਪ… [763,1528,1130,1596]
ad-request-heading: ਇਸ਼ਤਿਹਾਰਾਂ ਸੰਬੰਧੀ ਜ਼ਰੂਰੀ ਬੇਨਤੀ [380,2174,756,2197]
list-item-text: I, Japanjo Kaur D/o Sukhdev Singh Bains … [572,316,756,389]
footer-text: ਇਸ਼ਤਿਹਾਰ ਅਤੇ ਕਲਾਸੀਫਾਈਡ ਕੇਵਲ ਅਦਾਰਾ ‘ਪਹਿਰੇ… [9,2379,515,2401]
ad-code: 001 [1109,952,1130,969]
hand-pointer-icon: ☛ [763,1738,773,1751]
hand-pointer-icon: ☛ [763,259,773,271]
list-item-text: I Prempal S/o Shiv Dayal R/o Street Numb… [572,776,756,849]
list-item-text: ਮੈਂ Satvinder Singh ਪੁੱਤਰ ਨੇ ਆਪਣਾ ਨਾਮ ਬਦ… [380,267,564,308]
hand-pointer-icon: ☛ [2,788,11,800]
list-item: ☛ਮੈਂ, ਰੇਖਾ ਪਤਨੀ ਭਾਰਤ ਭੂਸ਼ਣ ਵਾਸੀ ਮਕਾਨ ਨੰ.… [193,261,377,305]
disinherit-item: ☛ਅਸੀਂ ਰਾਜ ਪੁੱਤਰ ਧੰਨਾ ਸਿੰਘ ਅਤੇ ਸ਼ਰਨਜੀਤ ਕੌ… [763,170,1130,255]
list-item: ☛I, MALKIT KAUR SINGH AND MALKIT KAUR W/… [380,582,564,684]
hand-pointer-icon: ☛ [2,516,11,528]
list-item-text: ਹਰ ਆਮ ਤੇ ਖਾਸ ਨੂੰ ਸੂਚਿਤ ਕੀਤਾ ਜਾਂਦਾ ਹੈ ਰਤਨ… [1153,1660,1321,1861]
column-bank-name-change: ਪਹਿਰੇਦਾਰ ਦਾ ਬੈਂਕ ਖਾਤਾ... ਅਦਾਰਾ ਪਹਿਰੇਦਾਰ … [2,63,377,849]
list-item: ☛ਮੈਂ ਹਰਿੰਦਰ ਸਿੰਘ ਪੁੱਤਰ ਦਲਵਿੰਦਰ ਸਿੰਘ ਵਾਸੀ… [380,221,564,265]
list-item-text: ਮੈਂ ਪ੍ਰਦੀਪ ਕੁਮਾਰ ਉਰਫ ਪ੍ਰਦੀਪ ਕੁਮਾਰ ਪੁੱਤਰ … [2,262,185,332]
list-item-text: I Rajeev Kumar S/O Ghunger Ram R/O House… [572,853,756,940]
footer-banner: ਇਸ਼ਤਿਹਾਰ ਅਤੇ ਕਲਾਸੀਫਾਈਡ ਕੇਵਲ ਅਦਾਰਾ ‘ਪਹਿਰੇ… [0,2368,1512,2411]
public-notice-box: Public Noticeਅਸਲ ਪਿਛਲੀ ਵਿਕਰੀ ਡੀਡ ਨੰ: 347… [1335,1381,1510,1743]
list-item-text: ਮੈਂ ਤਰਸੇਮ ਸਿੰਘ ਪੁੱਤਰ ਨਿਰੰਜਣ ਸਿੰਘ ਵਾਸੀ ਪਿ… [2,561,185,602]
hand-pointer-icon: ☛ [572,454,582,467]
list-item: ☛ਮੈਂ ਮਨਿੰਦਰ ਪਾਲ ਸਿੰਘ ਪੁੱਤਰ ਗੁਰਚਰਨ ਸਿੰਘ ਵ… [2,336,185,394]
hand-pointer-icon: ☛ [572,1036,582,1048]
